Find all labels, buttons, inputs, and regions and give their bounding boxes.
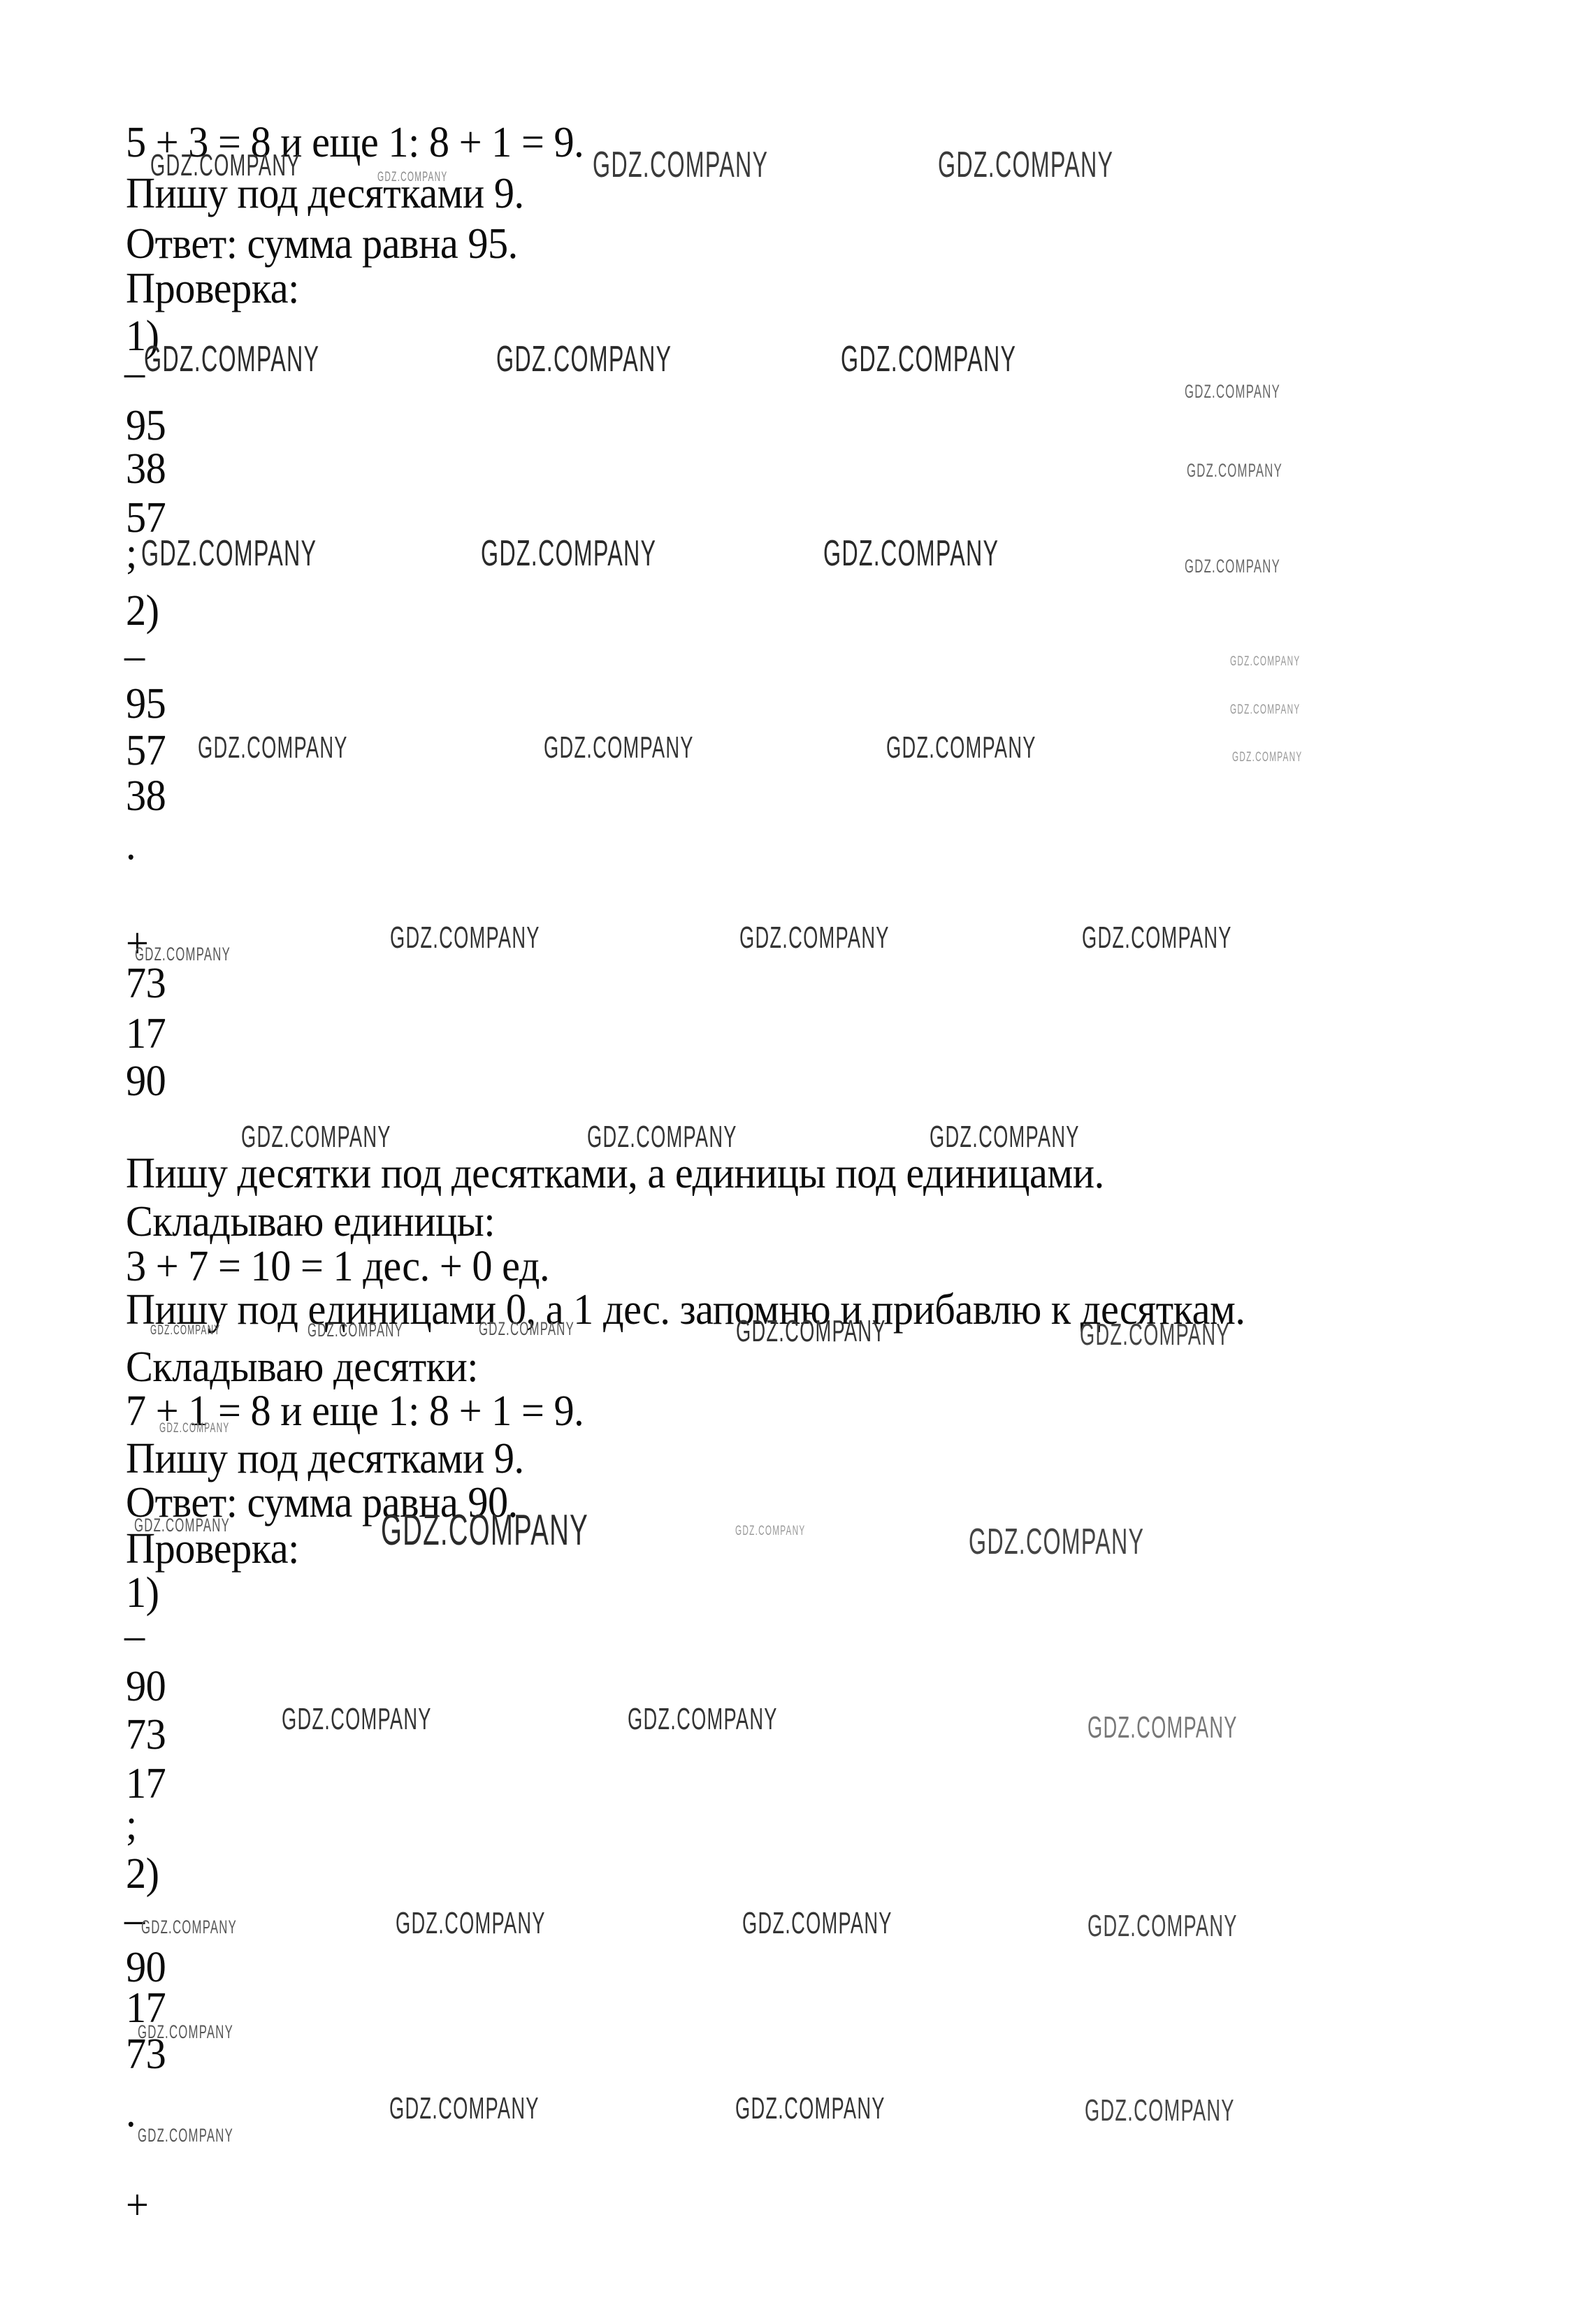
gdz-company-watermark: GDZ.COMPANY (282, 1704, 432, 1735)
item-number: 2) (126, 587, 159, 635)
gdz-company-watermark: GDZ.COMPANY (969, 1524, 1144, 1560)
gdz-company-watermark: GDZ.COMPANY (1185, 382, 1280, 401)
semicolon: ; (126, 1801, 137, 1849)
gdz-company-watermark: GDZ.COMPANY (396, 1908, 546, 1939)
column-digits: 95 (126, 680, 166, 728)
gdz-company-watermark: GDZ.COMPANY (138, 2023, 233, 2042)
gdz-company-watermark: GDZ.COMPANY (735, 1524, 805, 1538)
check-heading: Проверка: (126, 265, 299, 312)
gdz-company-watermark: GDZ.COMPANY (1232, 751, 1302, 764)
minus-sign: – (124, 632, 145, 679)
column-digits: 38 (126, 772, 166, 820)
item-number: 1) (126, 1569, 159, 1617)
column-digits: 57 (126, 727, 166, 774)
gdz-company-watermark: GDZ.COMPANY (138, 2126, 233, 2145)
note-line: Складываю единицы: (126, 1198, 495, 1246)
gdz-company-watermark: GDZ.COMPANY (841, 341, 1016, 377)
gdz-company-watermark: GDZ.COMPANY (141, 1918, 237, 1937)
gdz-company-watermark: GDZ.COMPANY (628, 1704, 778, 1735)
gdz-company-watermark: GDZ.COMPANY (144, 341, 319, 377)
column-digits: 90 (126, 1058, 166, 1105)
gdz-company-watermark: GDZ.COMPANY (544, 732, 694, 763)
answer-line: Ответ: сумма равна 95. (126, 220, 518, 268)
column-digits: 90 (126, 1663, 166, 1710)
plus-sign: + (126, 2181, 148, 2229)
gdz-company-watermark: GDZ.COMPANY (736, 1316, 886, 1347)
column-digits: 38 (126, 445, 166, 493)
gdz-company-watermark: GDZ.COMPANY (1087, 1712, 1238, 1743)
gdz-company-watermark: GDZ.COMPANY (735, 2093, 886, 2124)
note-line: Пишу под единицами 0, а 1 дес. запомню и… (126, 1286, 1245, 1334)
gdz-company-watermark: GDZ.COMPANY (742, 1908, 892, 1939)
gdz-company-watermark: GDZ.COMPANY (390, 923, 540, 953)
gdz-company-watermark: GDZ.COMPANY (930, 1122, 1080, 1153)
gdz-company-watermark: GDZ.COMPANY (739, 923, 890, 953)
gdz-company-watermark: GDZ.COMPANY (593, 147, 768, 183)
column-digits: 73 (126, 960, 166, 1007)
gdz-company-watermark: GDZ.COMPANY (159, 1422, 229, 1435)
gdz-company-watermark: GDZ.COMPANY (1230, 703, 1300, 716)
gdz-company-watermark: GDZ.COMPANY (308, 1321, 403, 1340)
gdz-company-watermark: GDZ.COMPANY (886, 732, 1036, 763)
gdz-company-watermark: GDZ.COMPANY (150, 150, 301, 181)
minus-sign: – (124, 349, 145, 396)
column-digits: 95 (126, 402, 166, 449)
gdz-company-watermark: GDZ.COMPANY (1230, 655, 1300, 668)
column-digits: 17 (126, 1010, 166, 1058)
gdz-company-watermark: GDZ.COMPANY (496, 341, 672, 377)
semicolon: ; (126, 530, 137, 577)
item-number: 2) (126, 1850, 159, 1898)
document-page: 5 + 3 = 8 и еще 1: 8 + 1 = 9.Пишу под де… (0, 0, 1583, 2324)
gdz-company-watermark: GDZ.COMPANY (134, 1516, 230, 1535)
equation-line: 3 + 7 = 10 = 1 дес. + 0 ед. (126, 1243, 549, 1290)
note-line: Складываю десятки: (126, 1343, 478, 1391)
column-digits: 73 (126, 1711, 166, 1759)
gdz-company-watermark: GDZ.COMPANY (381, 1509, 588, 1552)
gdz-company-watermark: GDZ.COMPANY (377, 171, 447, 184)
gdz-company-watermark: GDZ.COMPANY (1185, 557, 1280, 576)
gdz-company-watermark: GDZ.COMPANY (481, 535, 656, 572)
gdz-company-watermark: GDZ.COMPANY (1085, 2095, 1235, 2126)
period: . (126, 2088, 136, 2136)
gdz-company-watermark: GDZ.COMPANY (150, 1324, 220, 1337)
gdz-company-watermark: GDZ.COMPANY (587, 1122, 737, 1153)
column-digits: 17 (126, 1760, 166, 1807)
period: . (126, 821, 136, 869)
gdz-company-watermark: GDZ.COMPANY (823, 535, 999, 572)
gdz-company-watermark: GDZ.COMPANY (198, 732, 348, 763)
gdz-company-watermark: GDZ.COMPANY (1187, 461, 1282, 480)
gdz-company-watermark: GDZ.COMPANY (1080, 1320, 1230, 1350)
gdz-company-watermark: GDZ.COMPANY (389, 2093, 540, 2124)
gdz-company-watermark: GDZ.COMPANY (241, 1122, 391, 1153)
gdz-company-watermark: GDZ.COMPANY (141, 535, 317, 572)
gdz-company-watermark: GDZ.COMPANY (1082, 923, 1232, 953)
gdz-company-watermark: GDZ.COMPANY (479, 1320, 574, 1338)
gdz-company-watermark: GDZ.COMPANY (938, 147, 1113, 183)
gdz-company-watermark: GDZ.COMPANY (135, 945, 231, 964)
gdz-company-watermark: GDZ.COMPANY (1087, 1911, 1238, 1942)
minus-sign: – (124, 1612, 145, 1659)
note-line: Пишу десятки под десятками, а единицы по… (126, 1150, 1104, 1197)
note-line: Пишу под десятками 9. (126, 1435, 524, 1482)
